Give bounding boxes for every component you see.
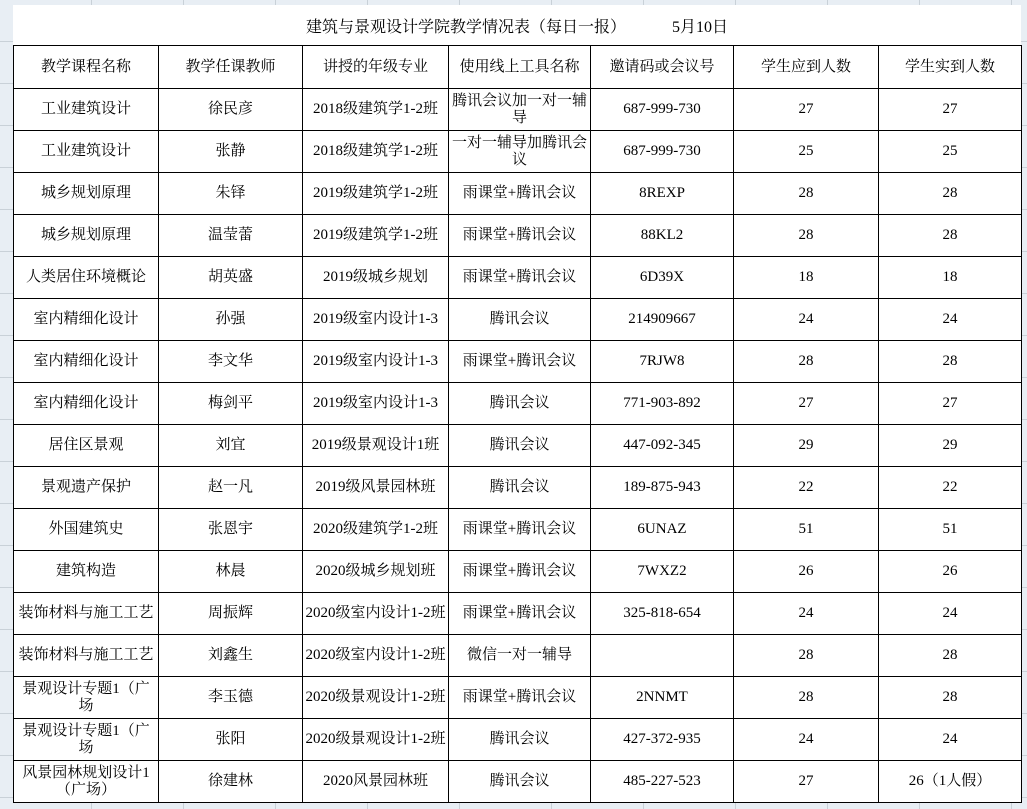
- table-cell[interactable]: 腾讯会议: [449, 467, 591, 509]
- table-cell[interactable]: 427-372-935: [591, 719, 734, 761]
- header-cell[interactable]: 学生实到人数: [879, 46, 1022, 89]
- table-row: 城乡规划原理温莹蕾2019级建筑学1-2班雨课堂+腾讯会议88KL22828: [14, 215, 1022, 257]
- report-sheet: 建筑与景观设计学院教学情况表（每日一报） 5月10日 教学课程名称教学任课教师讲…: [13, 5, 1021, 803]
- table-cell[interactable]: 24: [734, 593, 879, 635]
- table-cell[interactable]: 雨课堂+腾讯会议: [449, 509, 591, 551]
- table-row: 室内精细化设计李文华2019级室内设计1-3雨课堂+腾讯会议7RJW82828: [14, 341, 1022, 383]
- table-cell[interactable]: 梅剑平: [159, 383, 303, 425]
- table-cell[interactable]: 徐民彦: [159, 89, 303, 131]
- header-cell[interactable]: 教学任课教师: [159, 46, 303, 89]
- table-cell[interactable]: 周振辉: [159, 593, 303, 635]
- table-cell[interactable]: 28: [734, 215, 879, 257]
- table-cell[interactable]: 2NNMT: [591, 677, 734, 719]
- table-cell[interactable]: 24: [879, 719, 1022, 761]
- table-cell[interactable]: 88KL2: [591, 215, 734, 257]
- table-cell[interactable]: 朱铎: [159, 173, 303, 215]
- table-cell[interactable]: 28: [734, 677, 879, 719]
- table-cell[interactable]: 214909667: [591, 299, 734, 341]
- header-cell[interactable]: 教学课程名称: [14, 46, 159, 89]
- table-cell[interactable]: 腾讯会议: [449, 383, 591, 425]
- table-cell[interactable]: 雨课堂+腾讯会议: [449, 215, 591, 257]
- table-cell[interactable]: 城乡规划原理: [14, 215, 159, 257]
- table-cell[interactable]: 温莹蕾: [159, 215, 303, 257]
- table-cell[interactable]: 28: [879, 677, 1022, 719]
- table-cell[interactable]: 7RJW8: [591, 341, 734, 383]
- table-row: 人类居住环境概论胡英盛2019级城乡规划雨课堂+腾讯会议6D39X1818: [14, 257, 1022, 299]
- table-cell[interactable]: 2019级景观设计1班: [303, 425, 449, 467]
- table-row: 装饰材料与施工工艺刘鑫生2020级室内设计1-2班微信一对一辅导2828: [14, 635, 1022, 677]
- table-cell[interactable]: 28: [734, 341, 879, 383]
- table-cell[interactable]: 李文华: [159, 341, 303, 383]
- table-row: 室内精细化设计孙强2019级室内设计1-3腾讯会议2149096672424: [14, 299, 1022, 341]
- table-cell[interactable]: 装饰材料与施工工艺: [14, 593, 159, 635]
- table-cell[interactable]: 景观设计专题1（广场: [14, 719, 159, 761]
- table-cell[interactable]: 51: [734, 509, 879, 551]
- table-cell[interactable]: 雨课堂+腾讯会议: [449, 341, 591, 383]
- table-cell[interactable]: 雨课堂+腾讯会议: [449, 677, 591, 719]
- table-cell[interactable]: 雨课堂+腾讯会议: [449, 551, 591, 593]
- table-cell[interactable]: 447-092-345: [591, 425, 734, 467]
- table-row: 工业建筑设计徐民彦2018级建筑学1-2班腾讯会议加一对一辅导687-999-7…: [14, 89, 1022, 131]
- header-cell[interactable]: 学生应到人数: [734, 46, 879, 89]
- table-cell[interactable]: 室内精细化设计: [14, 383, 159, 425]
- table-cell[interactable]: 2019级室内设计1-3: [303, 341, 449, 383]
- header-cell[interactable]: 使用线上工具名称: [449, 46, 591, 89]
- table-cell[interactable]: 7WXZ2: [591, 551, 734, 593]
- table-cell[interactable]: 24: [879, 299, 1022, 341]
- table-cell[interactable]: 赵一凡: [159, 467, 303, 509]
- table-cell[interactable]: 林晨: [159, 551, 303, 593]
- table-cell[interactable]: 29: [879, 425, 1022, 467]
- table-cell[interactable]: 26（1人假）: [879, 761, 1022, 803]
- table-row: 城乡规划原理朱铎2019级建筑学1-2班雨课堂+腾讯会议8REXP2828: [14, 173, 1022, 215]
- table-cell[interactable]: 2020级景观设计1-2班: [303, 719, 449, 761]
- table-cell[interactable]: 2019级建筑学1-2班: [303, 173, 449, 215]
- table-cell[interactable]: 建筑构造: [14, 551, 159, 593]
- teaching-report-table: 教学课程名称教学任课教师讲授的年级专业使用线上工具名称邀请码或会议号学生应到人数…: [13, 45, 1022, 803]
- table-cell[interactable]: 室内精细化设计: [14, 299, 159, 341]
- table-cell[interactable]: 18: [879, 257, 1022, 299]
- table-cell[interactable]: 胡英盛: [159, 257, 303, 299]
- table-cell[interactable]: 室内精细化设计: [14, 341, 159, 383]
- table-cell[interactable]: 51: [879, 509, 1022, 551]
- table-cell[interactable]: 26: [879, 551, 1022, 593]
- table-row: 景观设计专题1（广场张阳2020级景观设计1-2班腾讯会议427-372-935…: [14, 719, 1022, 761]
- report-date: 5月10日: [672, 14, 728, 37]
- table-cell[interactable]: 2019级城乡规划: [303, 257, 449, 299]
- table-cell[interactable]: 27: [734, 383, 879, 425]
- table-cell[interactable]: 人类居住环境概论: [14, 257, 159, 299]
- table-cell[interactable]: 28: [734, 173, 879, 215]
- table-cell[interactable]: 腾讯会议: [449, 761, 591, 803]
- table-cell[interactable]: 27: [879, 89, 1022, 131]
- table-cell[interactable]: 雨课堂+腾讯会议: [449, 257, 591, 299]
- table-cell[interactable]: 腾讯会议: [449, 425, 591, 467]
- table-cell[interactable]: 24: [879, 593, 1022, 635]
- table-cell[interactable]: 2019级建筑学1-2班: [303, 215, 449, 257]
- table-cell[interactable]: 张恩宇: [159, 509, 303, 551]
- table-cell[interactable]: 2020级建筑学1-2班: [303, 509, 449, 551]
- table-cell[interactable]: 27: [734, 761, 879, 803]
- table-cell[interactable]: 25: [734, 131, 879, 173]
- table-cell[interactable]: 26: [734, 551, 879, 593]
- table-cell[interactable]: [591, 635, 734, 677]
- header-row: 教学课程名称教学任课教师讲授的年级专业使用线上工具名称邀请码或会议号学生应到人数…: [14, 46, 1022, 89]
- table-cell[interactable]: 29: [734, 425, 879, 467]
- table-cell[interactable]: 张阳: [159, 719, 303, 761]
- table-cell[interactable]: 居住区景观: [14, 425, 159, 467]
- table-cell[interactable]: 22: [734, 467, 879, 509]
- table-cell[interactable]: 25: [879, 131, 1022, 173]
- table-cell[interactable]: 325-818-654: [591, 593, 734, 635]
- table-cell[interactable]: 6D39X: [591, 257, 734, 299]
- table-cell[interactable]: 24: [734, 299, 879, 341]
- table-row: 外国建筑史张恩宇2020级建筑学1-2班雨课堂+腾讯会议6UNAZ5151: [14, 509, 1022, 551]
- table-cell[interactable]: 雨课堂+腾讯会议: [449, 593, 591, 635]
- table-cell[interactable]: 2020级景观设计1-2班: [303, 677, 449, 719]
- table-cell[interactable]: 2020级城乡规划班: [303, 551, 449, 593]
- table-cell[interactable]: 景观设计专题1（广场: [14, 677, 159, 719]
- table-cell[interactable]: 景观遗产保护: [14, 467, 159, 509]
- table-row: 工业建筑设计张静2018级建筑学1-2班一对一辅导加腾讯会议687-999-73…: [14, 131, 1022, 173]
- table-cell[interactable]: 189-875-943: [591, 467, 734, 509]
- table-cell[interactable]: 工业建筑设计: [14, 131, 159, 173]
- table-cell[interactable]: 2018级建筑学1-2班: [303, 131, 449, 173]
- table-cell[interactable]: 18: [734, 257, 879, 299]
- table-cell[interactable]: 刘宜: [159, 425, 303, 467]
- table-cell[interactable]: 2019级室内设计1-3: [303, 383, 449, 425]
- table-cell[interactable]: 6UNAZ: [591, 509, 734, 551]
- table-body: 工业建筑设计徐民彦2018级建筑学1-2班腾讯会议加一对一辅导687-999-7…: [14, 89, 1022, 803]
- table-cell[interactable]: 李玉德: [159, 677, 303, 719]
- table-row: 风景园林规划设计1（广场）徐建林2020风景园林班腾讯会议485-227-523…: [14, 761, 1022, 803]
- table-cell[interactable]: 8REXP: [591, 173, 734, 215]
- table-cell[interactable]: 485-227-523: [591, 761, 734, 803]
- table-cell[interactable]: 2020级室内设计1-2班: [303, 635, 449, 677]
- table-row: 景观遗产保护赵一凡2019级风景园林班腾讯会议189-875-9432222: [14, 467, 1022, 509]
- table-cell[interactable]: 2018级建筑学1-2班: [303, 89, 449, 131]
- table-cell[interactable]: 微信一对一辅导: [449, 635, 591, 677]
- table-cell[interactable]: 771-903-892: [591, 383, 734, 425]
- table-cell[interactable]: 22: [879, 467, 1022, 509]
- header-cell[interactable]: 邀请码或会议号: [591, 46, 734, 89]
- table-row: 室内精细化设计梅剑平2019级室内设计1-3腾讯会议771-903-892272…: [14, 383, 1022, 425]
- table-cell[interactable]: 28: [879, 341, 1022, 383]
- table-cell[interactable]: 工业建筑设计: [14, 89, 159, 131]
- report-title: 建筑与景观设计学院教学情况表（每日一报）: [306, 14, 626, 37]
- table-cell[interactable]: 2019级风景园林班: [303, 467, 449, 509]
- table-cell[interactable]: 孙强: [159, 299, 303, 341]
- table-cell[interactable]: 28: [879, 215, 1022, 257]
- table-cell[interactable]: 27: [879, 383, 1022, 425]
- table-row: 居住区景观刘宜2019级景观设计1班腾讯会议447-092-3452929: [14, 425, 1022, 467]
- table-cell[interactable]: 刘鑫生: [159, 635, 303, 677]
- table-cell[interactable]: 一对一辅导加腾讯会议: [449, 131, 591, 173]
- table-cell[interactable]: 腾讯会议: [449, 299, 591, 341]
- table-cell[interactable]: 2020风景园林班: [303, 761, 449, 803]
- table-cell[interactable]: 腾讯会议加一对一辅导: [449, 89, 591, 131]
- table-row: 建筑构造林晨2020级城乡规划班雨课堂+腾讯会议7WXZ22626: [14, 551, 1022, 593]
- table-row: 景观设计专题1（广场李玉德2020级景观设计1-2班雨课堂+腾讯会议2NNMT2…: [14, 677, 1022, 719]
- table-cell[interactable]: 2019级室内设计1-3: [303, 299, 449, 341]
- table-cell[interactable]: 张静: [159, 131, 303, 173]
- spreadsheet-view: { "title": { "text": "建筑与景观设计学院教学情况表（每日一…: [0, 0, 1027, 809]
- sheet-title-cell[interactable]: 建筑与景观设计学院教学情况表（每日一报） 5月10日: [13, 5, 1021, 45]
- table-cell[interactable]: 风景园林规划设计1（广场）: [14, 761, 159, 803]
- table-cell[interactable]: 外国建筑史: [14, 509, 159, 551]
- table-cell[interactable]: 687-999-730: [591, 131, 734, 173]
- header-cell[interactable]: 讲授的年级专业: [303, 46, 449, 89]
- table-cell[interactable]: 城乡规划原理: [14, 173, 159, 215]
- table-cell[interactable]: 徐建林: [159, 761, 303, 803]
- table-cell[interactable]: 27: [734, 89, 879, 131]
- table-cell[interactable]: 雨课堂+腾讯会议: [449, 173, 591, 215]
- table-cell[interactable]: 28: [734, 635, 879, 677]
- table-cell[interactable]: 687-999-730: [591, 89, 734, 131]
- table-cell[interactable]: 装饰材料与施工工艺: [14, 635, 159, 677]
- table-cell[interactable]: 28: [879, 635, 1022, 677]
- table-cell[interactable]: 2020级室内设计1-2班: [303, 593, 449, 635]
- table-cell[interactable]: 腾讯会议: [449, 719, 591, 761]
- table-header: 教学课程名称教学任课教师讲授的年级专业使用线上工具名称邀请码或会议号学生应到人数…: [14, 46, 1022, 89]
- table-row: 装饰材料与施工工艺周振辉2020级室内设计1-2班雨课堂+腾讯会议325-818…: [14, 593, 1022, 635]
- table-cell[interactable]: 28: [879, 173, 1022, 215]
- table-cell[interactable]: 24: [734, 719, 879, 761]
